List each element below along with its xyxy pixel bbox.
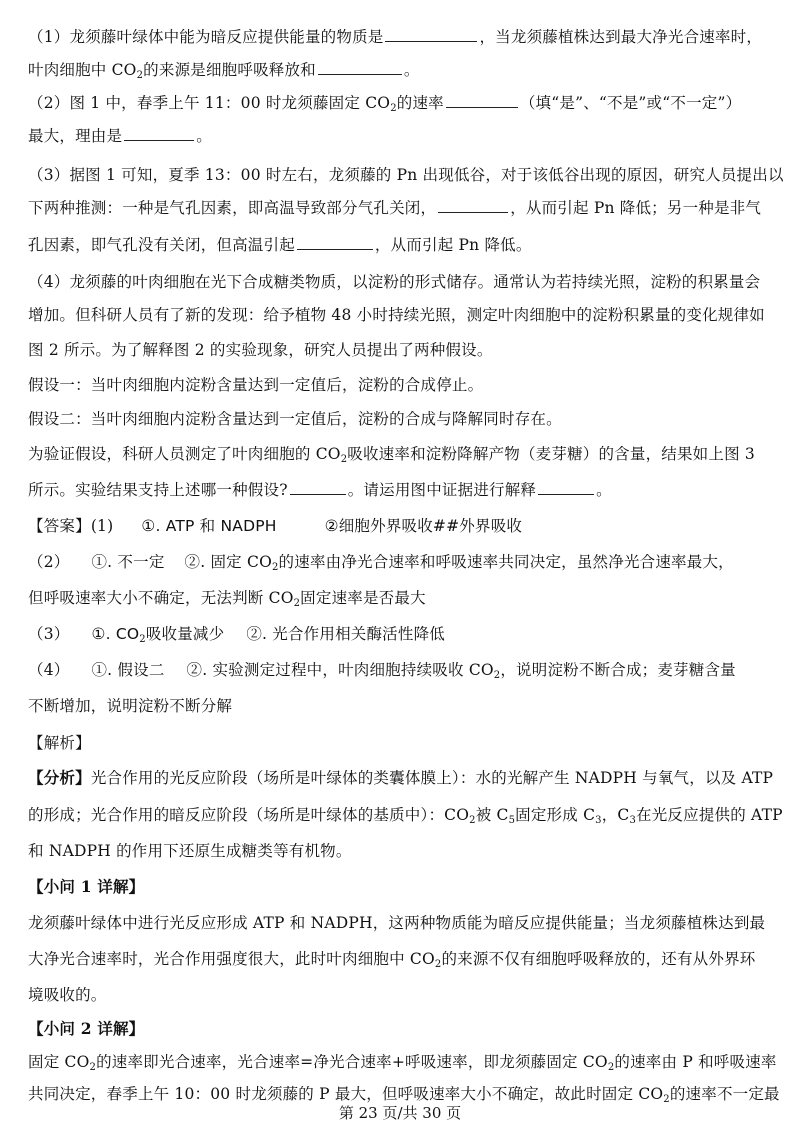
text: 的来源是细胞呼吸释放和 [143, 61, 316, 79]
text: 的来源不仅有细胞呼吸释放的，还有从外界环 [441, 950, 755, 968]
text: （2） [28, 553, 69, 571]
text: ①. ATP 和 NADPH [141, 517, 276, 535]
text: 【小问 1 详解】 [28, 877, 144, 896]
text: 吸收量减少 [146, 625, 225, 643]
text: 【解析】 [28, 734, 91, 752]
text: 固定 CO [28, 1053, 90, 1071]
q2-detail-line-1: 固定 CO2的速率即光合速率，光合速率=净光合速率+呼吸速率，即龙须藤固定 CO… [28, 1052, 780, 1072]
text: ，从而引起 Pn 降低。 [375, 236, 532, 254]
q3-line-2: 下两种推测：一种是气孔因素，即高温导致部分气孔关闭，，从而引起 Pn 降低；另一… [28, 198, 780, 218]
answer-label: 【答案】 [28, 517, 91, 535]
q4-line-2: 增加。但科研人员有了新的发现：给予植物 48 小时持续光照，测定叶肉细胞中的淀粉… [28, 305, 780, 325]
analysis-line-3: 和 NADPH 的作用下还原生成糖类等有机物。 [28, 841, 780, 861]
text: 大净光合速率时，光合作用强度很大，此时叶肉细胞中 CO [28, 950, 435, 968]
text: 增加。但科研人员有了新的发现：给予植物 48 小时持续光照，测定叶肉细胞中的淀粉… [28, 306, 765, 324]
text: 的速率由 P 和呼吸速率 [614, 1053, 776, 1071]
q3-line-1: （3）据图 1 可知，夏季 13：00 时左右，龙须藤的 Pn 出现低谷，对于该… [28, 165, 780, 185]
text: 的速率即光合速率，光合速率=净光合速率+呼吸速率，即龙须藤固定 CO [96, 1053, 608, 1071]
text: （2）图 1 中，春季上午 11：00 时龙须藤固定 CO [28, 94, 390, 112]
q4-line-3: 图 2 所示。为了解释图 2 的实验现象，研究人员提出了两种假设。 [28, 340, 780, 360]
q1-detail-line-1: 龙须藤叶绿体中进行光反应形成 ATP 和 NADPH，这两种物质能为暗反应提供能… [28, 913, 780, 933]
q1-line-2: 叶肉细胞中 CO2的来源是细胞呼吸释放和。 [28, 60, 780, 80]
text: 假设二：当叶肉细胞内淀粉含量达到一定值后，淀粉的合成与降解同时存在。 [28, 410, 562, 428]
text: 但呼吸速率大小不确定，无法判断 CO [28, 589, 294, 607]
answer-line-2: （2）①. 不一定②. 固定 CO2的速率由净光合速率和呼吸速率共同决定，虽然净… [28, 552, 780, 572]
text: 。 [196, 127, 212, 145]
text: 的形成；光合作用的暗反应阶段（场所是叶绿体的基质中）：CO [28, 806, 469, 824]
q2-detail-line-2: 共同决定，春季上午 10：00 时龙须藤的 P 最大，但呼吸速率大小不确定，故此… [28, 1084, 780, 1104]
answer-blank [297, 235, 373, 250]
text: ②细胞外界吸收##外界吸收 [325, 517, 522, 535]
text: 最大，理由是 [28, 127, 122, 145]
analysis-label: 【解析】 [28, 733, 780, 753]
q4-line-1: （4）龙须藤的叶肉细胞在光下合成糖类物质，以淀粉的形式储存。通常认为若持续光照，… [28, 272, 780, 292]
text: （3）据图 1 可知，夏季 13：00 时左右，龙须藤的 Pn 出现低谷，对于该… [28, 166, 784, 184]
text: 【小问 2 详解】 [28, 1019, 144, 1038]
q4-line-7: 所示。实验结果支持上述哪一种假设?。请运用图中证据进行解释。 [28, 480, 780, 500]
q2-detail-label: 【小问 2 详解】 [28, 1019, 780, 1039]
page-number: 第 23 页/共 30 页 [339, 1104, 461, 1122]
fenxi-label: 【分析】 [28, 768, 91, 787]
text: 下两种推测：一种是气孔因素，即高温导致部分气孔关闭， [28, 199, 436, 217]
text: 共同决定，春季上午 10：00 时龙须藤的 P 最大，但呼吸速率大小不确定，故此… [28, 1085, 663, 1103]
q1-detail-line-2: 大净光合速率时，光合作用强度很大，此时叶肉细胞中 CO2的来源不仅有细胞呼吸释放… [28, 949, 780, 969]
text: ，从而引起 Pn 降低；另一种是非气 [510, 199, 761, 217]
text: 固定速率是否最大 [300, 589, 426, 607]
text: 的速率不一定最 [670, 1085, 780, 1103]
answer-blank [438, 198, 508, 213]
text: 。 [596, 481, 612, 499]
q3-line-3: 孔因素，即气孔没有关闭，但高温引起，从而引起 Pn 降低。 [28, 235, 780, 255]
page-footer: 第 23 页/共 30 页 [0, 1103, 800, 1123]
q1-detail-label: 【小问 1 详解】 [28, 877, 780, 897]
answer-blank [538, 480, 594, 495]
text: 被 C [476, 806, 509, 824]
answer-blank [124, 126, 194, 141]
text: 龙须藤叶绿体中进行光反应形成 ATP 和 NADPH，这两种物质能为暗反应提供能… [28, 914, 765, 932]
text: ①. 不一定 [91, 553, 164, 571]
text: ②. 光合作用相关酶活性降低 [246, 625, 445, 643]
text: 光合作用的光反应阶段（场所是叶绿体的类囊体膜上）：水的光解产生 NADPH 与氧… [91, 769, 773, 787]
text: （4）龙须藤的叶肉细胞在光下合成糖类物质，以淀粉的形式储存。通常认为若持续光照，… [28, 273, 760, 291]
q1-detail-line-3: 境吸收的。 [28, 985, 780, 1005]
hypothesis-two: 假设二：当叶肉细胞内淀粉含量达到一定值后，淀粉的合成与降解同时存在。 [28, 409, 780, 429]
q2-line-1: （2）图 1 中，春季上午 11：00 时龙须藤固定 CO2的速率（填“是”、“… [28, 93, 780, 113]
text: （3） [28, 625, 69, 643]
answer-line-3: 但呼吸速率大小不确定，无法判断 CO2固定速率是否最大 [28, 588, 780, 608]
answer-line-4: （3）①. CO2吸收量减少②. 光合作用相关酶活性降低 [28, 624, 780, 644]
text: 为验证假设，科研人员测定了叶肉细胞的 CO [28, 445, 341, 463]
answer-line-5: （4）①. 假设二②. 实验测定过程中，叶肉细胞持续吸收 CO2，说明淀粉不断合… [28, 660, 780, 680]
text: 和 NADPH 的作用下还原生成糖类等有机物。 [28, 842, 352, 860]
answer-blank [385, 27, 477, 42]
text: 境吸收的。 [28, 986, 107, 1004]
answer-blank [290, 480, 346, 495]
text: 。 [404, 61, 420, 79]
text: 叶肉细胞中 CO [28, 61, 137, 79]
hypothesis-one: 假设一：当叶肉细胞内淀粉含量达到一定值后，淀粉的合成停止。 [28, 375, 780, 395]
document-page: （1）龙须藤叶绿体中能为暗反应提供能量的物质是，当龙须藤植株达到最大净光合速率时… [0, 0, 800, 1128]
text: 孔因素，即气孔没有关闭，但高温引起 [28, 236, 295, 254]
text: 图 2 所示。为了解释图 2 的实验现象，研究人员提出了两种假设。 [28, 341, 493, 359]
text: 不断增加，说明淀粉不断分解 [28, 697, 232, 715]
text: ，说明淀粉不断合成；麦芽糖含量 [500, 661, 736, 679]
answer-line-1: 【答案】(1)①. ATP 和 NADPH②细胞外界吸收##外界吸收 [28, 516, 780, 536]
text: ，当龙须藤植株达到最大净光合速率时， [479, 28, 762, 46]
text: 假设一：当叶肉细胞内淀粉含量达到一定值后，淀粉的合成停止。 [28, 376, 483, 394]
text: 的速率由净光合速率和呼吸速率共同决定，虽然净光合速率最大， [279, 553, 734, 571]
text: (1) [91, 517, 114, 535]
text: ①. 假设二 [91, 661, 164, 679]
text: （4） [28, 661, 69, 679]
q1-line-1: （1）龙须藤叶绿体中能为暗反应提供能量的物质是，当龙须藤植株达到最大净光合速率时… [28, 27, 780, 47]
text: 。请运用图中证据进行解释 [348, 481, 536, 499]
q2-line-2: 最大，理由是。 [28, 126, 780, 146]
text: （填“是”、“不是”或“不一定”） [520, 94, 741, 112]
text: （1）龙须藤叶绿体中能为暗反应提供能量的物质是 [28, 28, 383, 46]
analysis-line-2: 的形成；光合作用的暗反应阶段（场所是叶绿体的基质中）：CO2被 C5固定形成 C… [28, 805, 780, 825]
text: 在光反应提供的 ATP [636, 806, 783, 824]
text: ②. 实验测定过程中，叶肉细胞持续吸收 CO [187, 661, 494, 679]
answer-blank [446, 93, 518, 108]
text: ，C [602, 806, 630, 824]
analysis-line-1: 【分析】光合作用的光反应阶段（场所是叶绿体的类囊体膜上）：水的光解产生 NADP… [28, 768, 780, 788]
text: 所示。实验结果支持上述哪一种假设? [28, 481, 288, 499]
answer-line-6: 不断增加，说明淀粉不断分解 [28, 696, 780, 716]
text: 固定形成 C [515, 806, 595, 824]
text: ②. 固定 CO [185, 553, 272, 571]
q4-line-6: 为验证假设，科研人员测定了叶肉细胞的 CO2吸收速率和淀粉降解产物（麦芽糖）的含… [28, 444, 780, 464]
text: ①. CO [91, 625, 139, 643]
answer-blank [318, 60, 402, 75]
text: 吸收速率和淀粉降解产物（麦芽糖）的含量，结果如上图 3 [347, 445, 755, 463]
text: 的速率 [397, 94, 444, 112]
